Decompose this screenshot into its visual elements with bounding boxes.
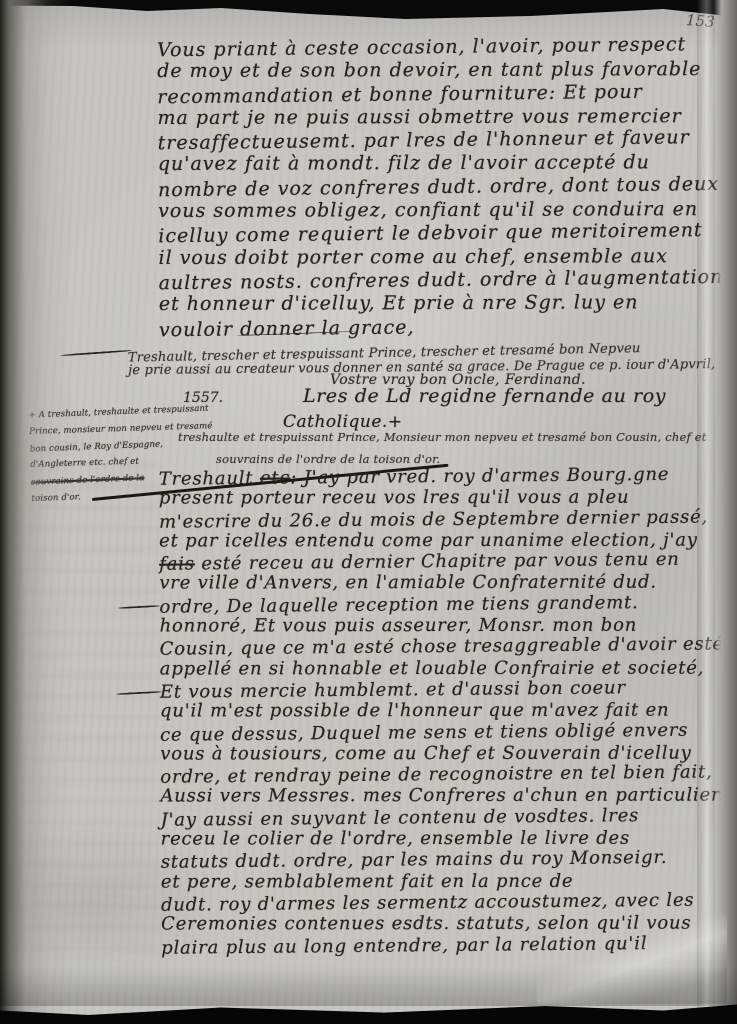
manuscript-line: vre ville d'Anvers, en l'amiable Confrat…: [159, 572, 734, 594]
scan-right-edge: [713, 0, 737, 1024]
manuscript-line: Cousin, que ce m'a esté chose tresaggrea…: [160, 634, 735, 661]
interlinear-address-line: treshaulte et trespuissant Prince, Monsi…: [178, 430, 707, 444]
letter1-body: Vous priant à ceste occasion, l'avoir, p…: [157, 34, 734, 341]
letter2-heading-line1: Lres de Ld regidne fernande au roy: [303, 385, 666, 407]
manuscript-line: present porteur receu vos lres qu'il vou…: [159, 487, 734, 509]
manuscript-page-scan: 153 Vous priant à ceste occasion, l'avoi…: [0, 0, 737, 1024]
binding-gutter-shadow: [0, 0, 72, 1024]
manuscript-line: statuts dudt. ordre, par les mains du ro…: [161, 847, 736, 874]
manuscript-line: qu'il m'est possible de l'honneur que m'…: [160, 700, 735, 722]
manuscript-line: vouloir donner la grace,: [159, 312, 734, 342]
scan-top-edge: [0, 0, 737, 20]
letter2-heading-line2: Catholique.+: [283, 412, 403, 432]
struck-word: etc: [260, 468, 291, 489]
manuscript-line: m'escrire du 26.e du mois de Septembre d…: [159, 506, 734, 533]
letter2-body: Treshault etc: J'ay par vred. roy d'arme…: [159, 464, 737, 957]
interlinear-address-line: souvrains de l'ordre de la toison d'or.: [216, 452, 440, 466]
bottom-page-shadow: [0, 966, 737, 1006]
manuscript-line: Aussi vers Messres. mes Confreres a'chun…: [160, 785, 735, 807]
opening-rest: : J'ay par vred. roy d'armes Bourg.gne: [290, 464, 669, 489]
manuscript-line: ce que dessus, Duquel me sens et tiens o…: [160, 719, 735, 746]
